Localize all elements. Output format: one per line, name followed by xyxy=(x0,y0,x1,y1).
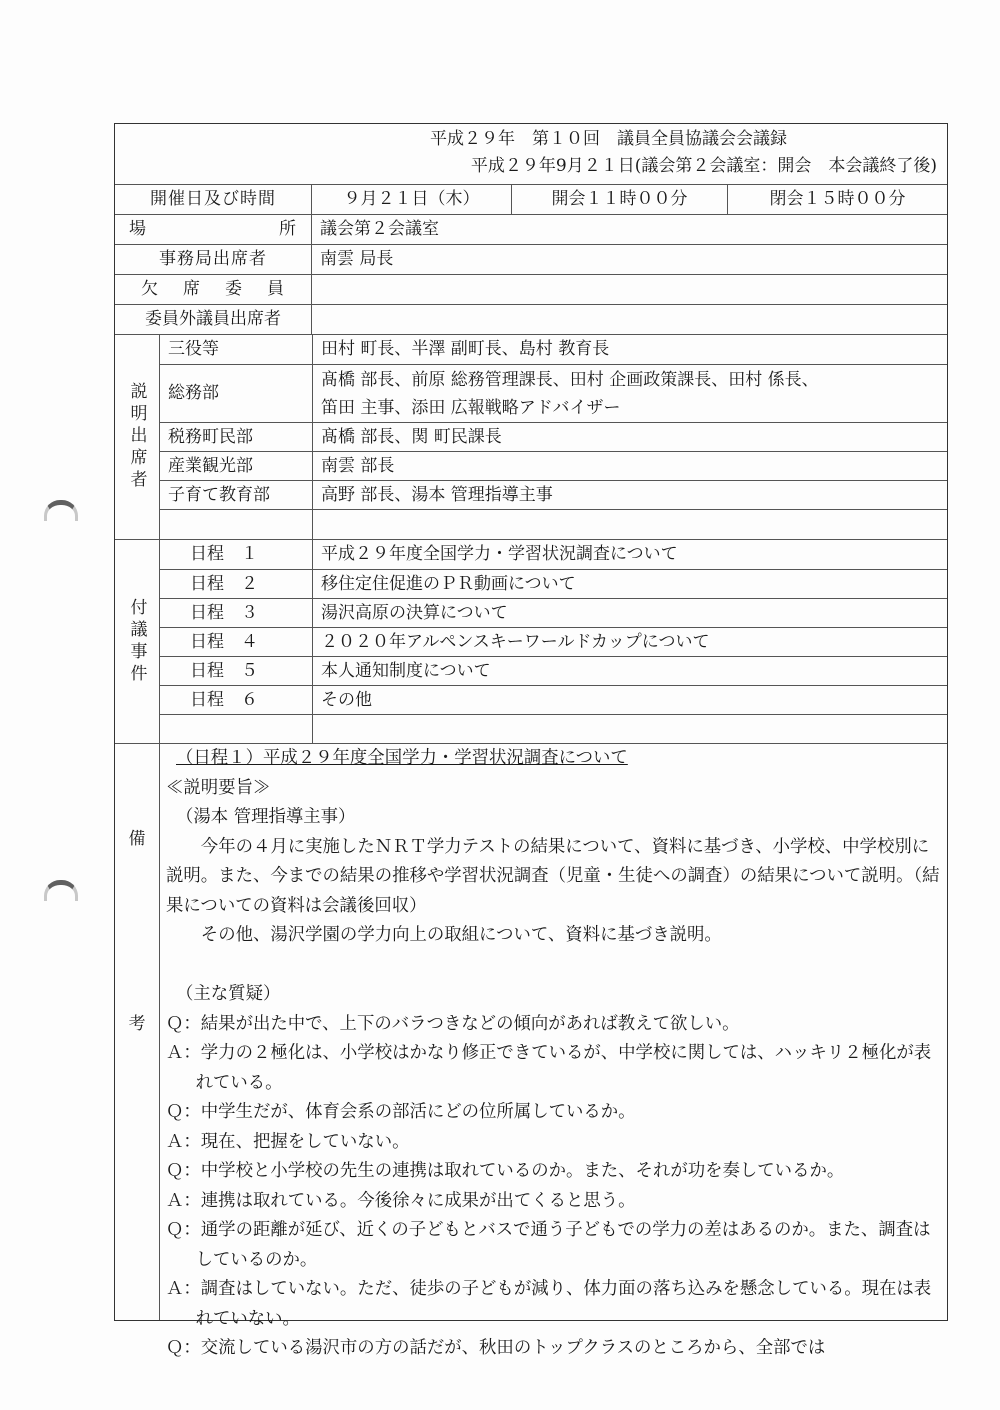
qa-item: Ａ：学力の２極化は、小学校はかなり修正できているが、中学校に関しては、ハッキリ２… xyxy=(166,1039,941,1098)
secretariat-value: 南雲 局長 xyxy=(311,245,947,274)
non-member-row: 委員外議員出席者 xyxy=(115,304,947,334)
qa-item: Ａ：調査はしていない。ただ、徒歩の子どもが減り、体力面の落ち込みを懸念している。… xyxy=(166,1275,941,1334)
dept-name: 税務町民部 xyxy=(160,423,312,451)
agenda-topic: 本人通知制度について xyxy=(312,657,947,685)
agenda-number: 日程 １ xyxy=(160,540,312,569)
date-label: 開催日及び時間 xyxy=(115,185,311,214)
minutes-table: 平成２９年 第１０回 議員全員協議会会議録 平成２９年9月２１日(議会第２会議室… xyxy=(114,123,948,1321)
summary-paragraph: 今年の４月に実施したＮＲＴ学力テストの結果について、資料に基づき、小学校、中学校… xyxy=(166,833,941,922)
agenda-item: 日程 ４ ２０２０年アルペンスキーワールドカップについて xyxy=(160,627,947,656)
dept-name xyxy=(160,510,312,539)
attendee-row: 三役等 田村 町長、半澤 副町長、島村 教育長 xyxy=(160,335,947,364)
agenda-item: 日程 ３ 湯沢高原の決算について xyxy=(160,598,947,627)
agenda-topic: 湯沢高原の決算について xyxy=(312,599,947,627)
attendee-row: 産業観光部 南雲 部長 xyxy=(160,451,947,480)
non-member-label: 委員外議員出席者 xyxy=(115,305,311,334)
qa-item: Ａ：連携は取れている。今後徐々に成果が出てくると思う。 xyxy=(166,1187,941,1217)
attendee-names: 南雲 部長 xyxy=(312,452,947,480)
qa-item: Ｑ：通学の距離が延び、近くの子どもとバスで通う子どもでの学力の差はあるのか。また… xyxy=(166,1216,941,1275)
agenda-item xyxy=(160,714,947,743)
open-time: 開会１１時００分 xyxy=(511,185,727,214)
agenda-topic: ２０２０年アルペンスキーワールドカップについて xyxy=(312,628,947,656)
agenda-item: 日程 ２ 移住定住促進のＰＲ動画について xyxy=(160,569,947,598)
qa-item: Ｑ：中学校と小学校の先生の連携は取れているのか。また、それが功を奏しているか。 xyxy=(166,1157,941,1187)
absent-value xyxy=(311,275,947,304)
dept-name: 子育て教育部 xyxy=(160,481,312,509)
agenda-group: 付議事件 日程 １ 平成２９年度全国学力・学習状況調査について 日程 ２ 移住定… xyxy=(115,539,947,743)
agenda-number: 日程 ３ xyxy=(160,599,312,627)
agenda-number: 日程 ４ xyxy=(160,628,312,656)
attendee-row: 税務町民部 髙橋 部長、関 町民課長 xyxy=(160,422,947,451)
attendee-names: 髙橋 部長、前原 総務管理課長、田村 企画政策課長、田村 係長、 xyxy=(321,366,939,394)
summary-label: ≪説明要旨≫ xyxy=(166,774,941,804)
agenda-number xyxy=(160,715,312,743)
agenda-group-label: 付議事件 xyxy=(115,540,159,743)
title-row: 平成２９年 第１０回 議員全員協議会会議録 平成２９年9月２１日(議会第２会議室… xyxy=(115,124,947,184)
secretariat-label: 事務局出席者 xyxy=(115,245,311,274)
attendees-group: 説明出席者 三役等 田村 町長、半澤 副町長、島村 教育長 総務部 髙橋 部長、… xyxy=(115,334,947,539)
agenda-item: 日程 １ 平成２９年度全国学力・学習状況調査について xyxy=(160,540,947,569)
document-page: 平成２９年 第１０回 議員全員協議会会議録 平成２９年9月２１日(議会第２会議室… xyxy=(0,0,1000,1410)
remarks-label: 備 考 xyxy=(115,744,159,1320)
place-row: 場 所 議会第２会議室 xyxy=(115,214,947,244)
agenda-topic: その他 xyxy=(312,686,947,714)
attendee-names: 田村 町長、半澤 副町長、島村 教育長 xyxy=(312,335,947,364)
speaker: （湯本 管理指導主事） xyxy=(166,803,941,833)
place-value: 議会第２会議室 xyxy=(311,215,947,244)
close-time: 閉会１５時００分 xyxy=(727,185,947,214)
remarks-section: 備 考 （日程１）平成２９年度全国学力・学習状況調査について ≪説明要旨≫ （湯… xyxy=(115,743,947,1320)
absent-row: 欠席委員 xyxy=(115,274,947,304)
date-value: ９月２１日（木） xyxy=(311,185,511,214)
summary-paragraph: その他、湯沢学園の学力向上の取組について、資料に基づき説明。 xyxy=(166,921,941,951)
doc-title: 平成２９年 第１０回 議員全員協議会会議録 xyxy=(115,126,937,153)
punch-hole-icon xyxy=(44,500,78,521)
qa-item: Ａ：現在、把握をしていない。 xyxy=(166,1128,941,1158)
place-label: 場 所 xyxy=(115,215,311,244)
non-member-value xyxy=(311,305,947,334)
dept-name: 産業観光部 xyxy=(160,452,312,480)
attendee-names: 髙橋 部長、関 町民課長 xyxy=(312,423,947,451)
agenda-topic: 平成２９年度全国学力・学習状況調査について xyxy=(312,540,947,569)
agenda-topic xyxy=(312,715,947,743)
agenda-number: 日程 ６ xyxy=(160,686,312,714)
attendees-group-label: 説明出席者 xyxy=(115,335,159,539)
secretariat-row: 事務局出席者 南雲 局長 xyxy=(115,244,947,274)
agenda-number: 日程 ５ xyxy=(160,657,312,685)
remarks-body: （日程１）平成２９年度全国学力・学習状況調査について ≪説明要旨≫ （湯本 管理… xyxy=(159,744,947,1320)
agenda-topic: 移住定住促進のＰＲ動画について xyxy=(312,570,947,598)
doc-subtitle: 平成２９年9月２１日(議会第２会議室：開会 本会議終了後) xyxy=(115,153,937,180)
agenda-item: 日程 ６ その他 xyxy=(160,685,947,714)
attendee-row: 総務部 髙橋 部長、前原 総務管理課長、田村 企画政策課長、田村 係長、 笛田 … xyxy=(160,364,947,422)
date-row: 開催日及び時間 ９月２１日（木） 開会１１時００分 閉会１５時００分 xyxy=(115,184,947,214)
agenda-item: 日程 ５ 本人通知制度について xyxy=(160,656,947,685)
qa-item: Ｑ：中学生だが、体育会系の部活にどの位所属しているか。 xyxy=(166,1098,941,1128)
dept-name: 三役等 xyxy=(160,335,312,364)
agenda-number: 日程 ２ xyxy=(160,570,312,598)
dept-name: 総務部 xyxy=(160,365,312,422)
qa-item: Ｑ：交流している湯沢市の方の話だが、秋田のトップクラスのところから、全部では xyxy=(166,1334,941,1364)
attendee-names xyxy=(312,510,947,539)
qa-item: Ｑ：結果が出た中で、上下のバラつきなどの傾向があれば教えて欲しい。 xyxy=(166,1010,941,1040)
qa-label: （主な質疑） xyxy=(166,980,941,1010)
attendee-names: 笛田 主事、添田 広報戦略アドバイザー xyxy=(321,394,939,422)
absent-label: 欠席委員 xyxy=(115,275,311,304)
attendee-row xyxy=(160,509,947,539)
attendee-names: 高野 部長、湯本 管理指導主事 xyxy=(312,481,947,509)
remarks-heading: （日程１）平成２９年度全国学力・学習状況調査について xyxy=(166,744,941,774)
attendee-row: 子育て教育部 高野 部長、湯本 管理指導主事 xyxy=(160,480,947,509)
punch-hole-icon xyxy=(44,880,78,901)
